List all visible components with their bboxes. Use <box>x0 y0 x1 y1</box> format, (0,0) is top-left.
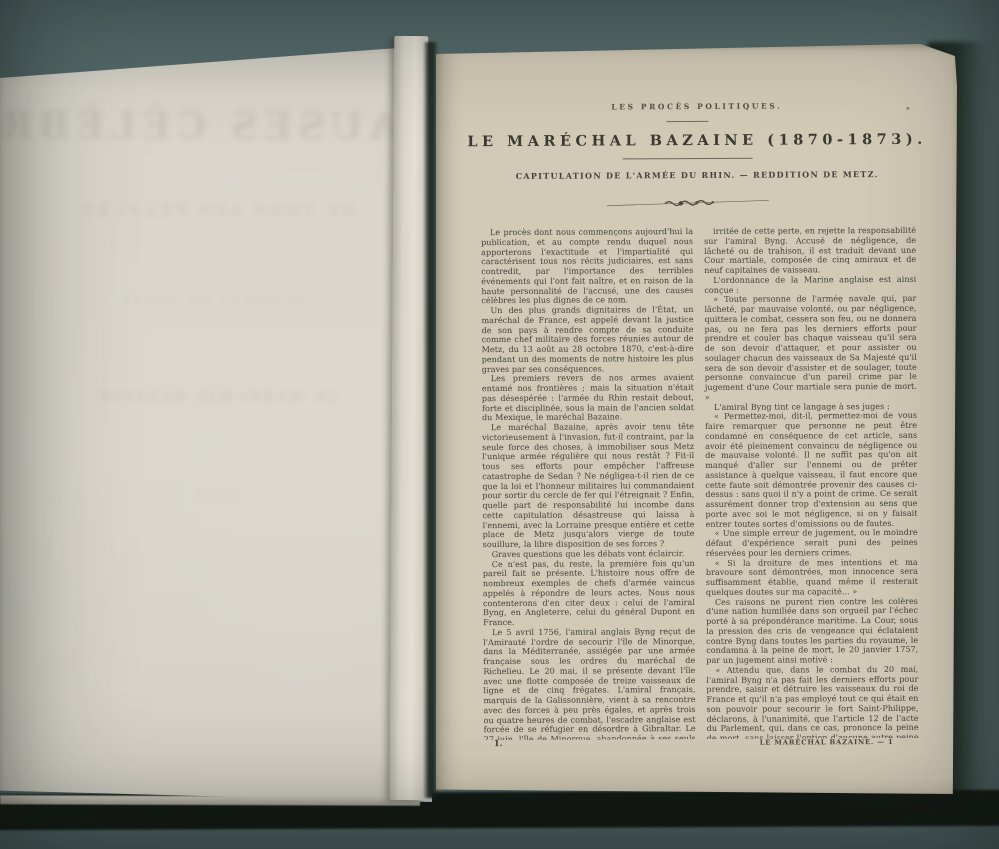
paragraph: Ces raisons ne purent rien contre les co… <box>706 596 918 665</box>
signature-footline: LE MARÉCHAL BAZAINE. — 1 <box>760 738 890 747</box>
text-columns: Le procès dont nous commençons aujourd'h… <box>481 226 920 740</box>
bleed-through-line: DE TOUS LES PEUPLES <box>1 200 433 220</box>
right-page: LES PROCÈS POLITIQUES. LE MARÉCHAL BAZAI… <box>436 44 957 794</box>
paragraph: Ce n'est pas, du reste, la première fois… <box>483 559 695 628</box>
bleed-through-line: PARIS <box>0 487 432 502</box>
column-right: irritée de cette perte, en rejette la re… <box>704 226 919 739</box>
rule-divider <box>666 121 708 122</box>
column-left: Le procès dont nous commençons aujourd'h… <box>481 227 696 740</box>
paper-speck <box>906 107 909 110</box>
page-stack-edge <box>0 795 420 805</box>
paragraph: « Une simple erreur de jugement, ou le m… <box>706 528 918 558</box>
paragraph: « Permettez-moi, dit-il, permettez-moi d… <box>705 411 918 529</box>
page-title: LE MARÉCHAL BAZAINE (1870-1873). <box>465 131 930 150</box>
bleed-through-line: CAUSES CÉLÈBRES <box>1 103 433 149</box>
paragraph: Les premiers revers de nos armes avaient… <box>482 373 694 423</box>
book-gutter <box>423 42 438 798</box>
left-page: CAUSES CÉLÈBRES DE TOUS LES PEUPLES LES … <box>0 46 432 802</box>
paragraph: « Toute personne de l'armée navale qui, … <box>704 294 917 402</box>
paragraph: « Attendu que, dans le combat du 20 mai,… <box>706 665 919 741</box>
paragraph: Un des plus grands dignitaires de l'État… <box>481 305 693 374</box>
book-photograph: CAUSES CÉLÈBRES DE TOUS LES PEUPLES LES … <box>0 0 999 849</box>
paragraph: Le maréchal Bazaine, après avoir tenu tê… <box>482 422 695 550</box>
bleed-through-line: LE MARÉCHAL BAZAINE <box>0 389 432 406</box>
left-page-surface: CAUSES CÉLÈBRES DE TOUS LES PEUPLES LES … <box>0 45 434 803</box>
paragraph: L'ordonnance de la Marine anglaise est a… <box>704 275 916 296</box>
paragraph: « Si la droiture de mes intentions et ma… <box>706 557 918 597</box>
right-page-surface: LES PROCÈS POLITIQUES. LE MARÉCHAL BAZAI… <box>434 43 959 796</box>
paper-speck <box>839 301 841 303</box>
paragraph: Le procès dont nous commençons aujourd'h… <box>481 227 693 306</box>
page-subtitle: CAPITULATION DE L'ARMÉE DU RHIN. — REDDI… <box>471 169 924 181</box>
paragraph: Le 5 avril 1756, l'amiral anglais Byng r… <box>483 627 696 740</box>
running-head: LES PROCÈS POLITIQUES. <box>480 101 913 112</box>
ornament-divider <box>607 193 769 212</box>
page-folio: 1. <box>494 739 503 749</box>
paragraph: irritée de cette perte, en rejette la re… <box>704 226 916 276</box>
rule-divider <box>623 158 753 160</box>
bleed-through-line: LES PROCÈS POLITIQUES <box>1 293 433 308</box>
